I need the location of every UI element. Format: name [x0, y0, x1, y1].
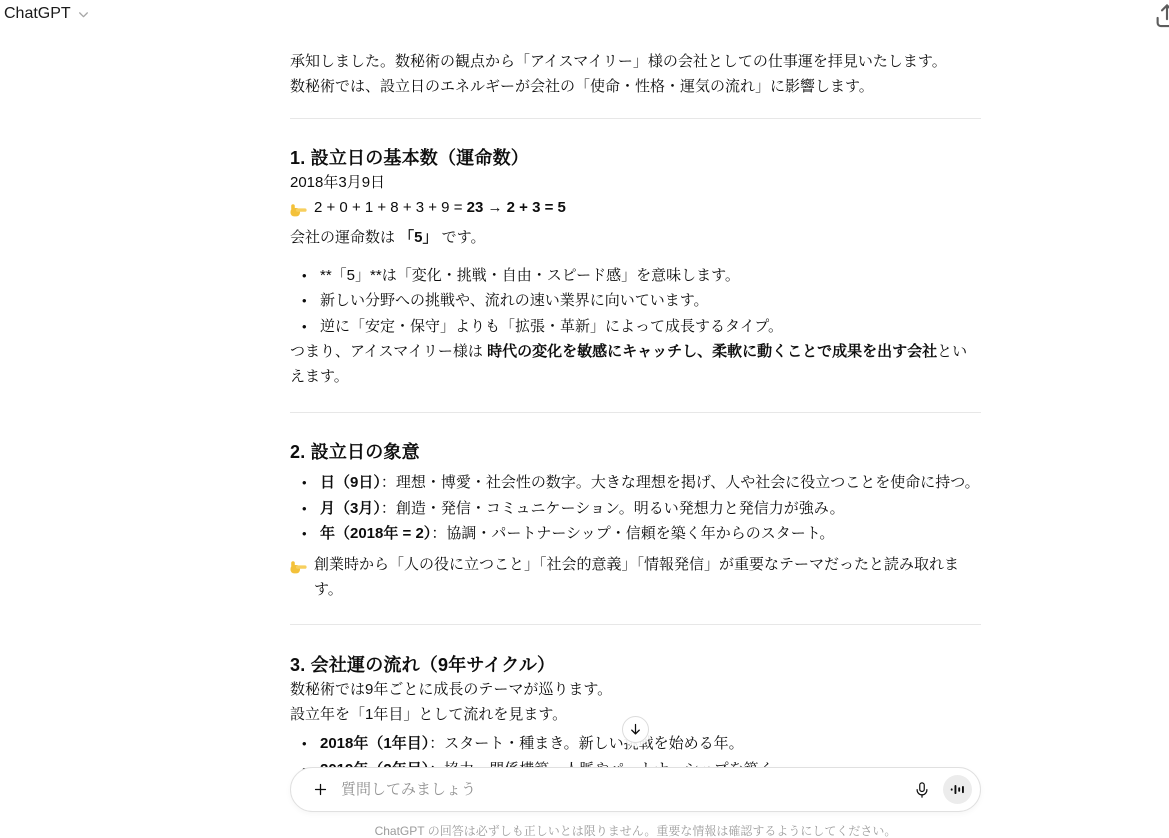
divider: [290, 412, 981, 413]
divider: [290, 624, 981, 625]
list-item: 年（2018年 = 2）：協調・パートナーシップ・信頼を築く年からのスタート。: [290, 521, 981, 546]
voice-mode-button[interactable]: [943, 775, 972, 804]
chevron-down-icon: [77, 8, 90, 21]
list-item: 逆に「安定・保守」よりも「拡張・革新」によって成長するタイプ。: [290, 314, 981, 339]
message-input[interactable]: [341, 781, 907, 798]
pointing-right-icon: [290, 557, 307, 582]
microphone-icon: [913, 781, 931, 799]
bullet-list: 日（9日）：理想・博愛・社会性の数字。大きな理想を掲げ、人や社会に役立つことを使…: [290, 470, 981, 546]
note-line: 創業時から「人の役に立つこと」「社会的意義」「情報発信」が重要なテーマだったと読…: [290, 552, 981, 602]
list-item: 日（9日）：理想・博愛・社会性の数字。大きな理想を掲げ、人や社会に役立つことを使…: [290, 470, 981, 495]
dictate-button[interactable]: [907, 775, 937, 805]
section-heading: 2. 設立日の象意: [290, 440, 981, 464]
arrow-down-icon: [628, 722, 643, 737]
founding-date: 2018年3月9日: [290, 170, 981, 195]
model-switcher[interactable]: ChatGPT: [0, 3, 94, 25]
scroll-to-bottom-button[interactable]: [622, 716, 649, 743]
voice-waveform-icon: [950, 782, 965, 797]
body-line: 数秘術では9年ごとに成長のテーマが巡ります。: [290, 677, 981, 702]
app-title: ChatGPT: [4, 5, 71, 23]
list-item: **「5」**は「変化・挑戦・自由・スピード感」を意味します。: [290, 263, 981, 288]
disclaimer-text: ChatGPT の回答は必ずしも正しいとは限りません。重要な情報は確認するように…: [290, 822, 981, 838]
divider: [290, 118, 981, 119]
result-line: 会社の運命数は 「5」 です。: [290, 225, 981, 250]
bullet-list: **「5」**は「変化・挑戦・自由・スピード感」を意味します。 新しい分野への挑…: [290, 263, 981, 339]
composer[interactable]: [290, 767, 981, 812]
attach-button[interactable]: [307, 777, 333, 803]
section-heading: 1. 設立日の基本数（運命数）: [290, 146, 981, 170]
intro-line: 数秘術では、設立日のエネルギーが会社の「使命・性格・運気の流れ」に影響します。: [290, 74, 981, 99]
intro-line: 承知しました。数秘術の観点から「アイスマイリー」様の会社としての仕事運を拝見いた…: [290, 49, 981, 74]
formula-line: 2 + 0 + 1 + 8 + 3 + 9 = 23 → 2 + 3 = 5: [290, 195, 981, 225]
summary-line: つまり、アイスマイリー様は 時代の変化を敏感にキャッチし、柔軟に動くことで成果を…: [290, 339, 981, 389]
list-item: 新しい分野への挑戦や、流れの速い業界に向いています。: [290, 288, 981, 313]
plus-icon: [312, 781, 329, 798]
pointing-right-icon: [290, 200, 307, 225]
formula-text: 2 + 0 + 1 + 8 + 3 + 9 = 23 → 2 + 3 = 5: [314, 195, 566, 220]
list-item: 月（3月）：創造・発信・コミュニケーション。明るい発想力と発信力が強み。: [290, 496, 981, 521]
assistant-message: 承知しました。数秘術の観点から「アイスマイリー」様の会社としての仕事運を拝見いた…: [290, 0, 981, 782]
section-heading: 3. 会社運の流れ（9年サイクル）: [290, 653, 981, 677]
share-icon[interactable]: [1152, 1, 1169, 35]
note-text: 創業時から「人の役に立つこと」「社会的意義」「情報発信」が重要なテーマだったと読…: [314, 552, 981, 602]
top-bar: ChatGPT: [0, 0, 1169, 44]
